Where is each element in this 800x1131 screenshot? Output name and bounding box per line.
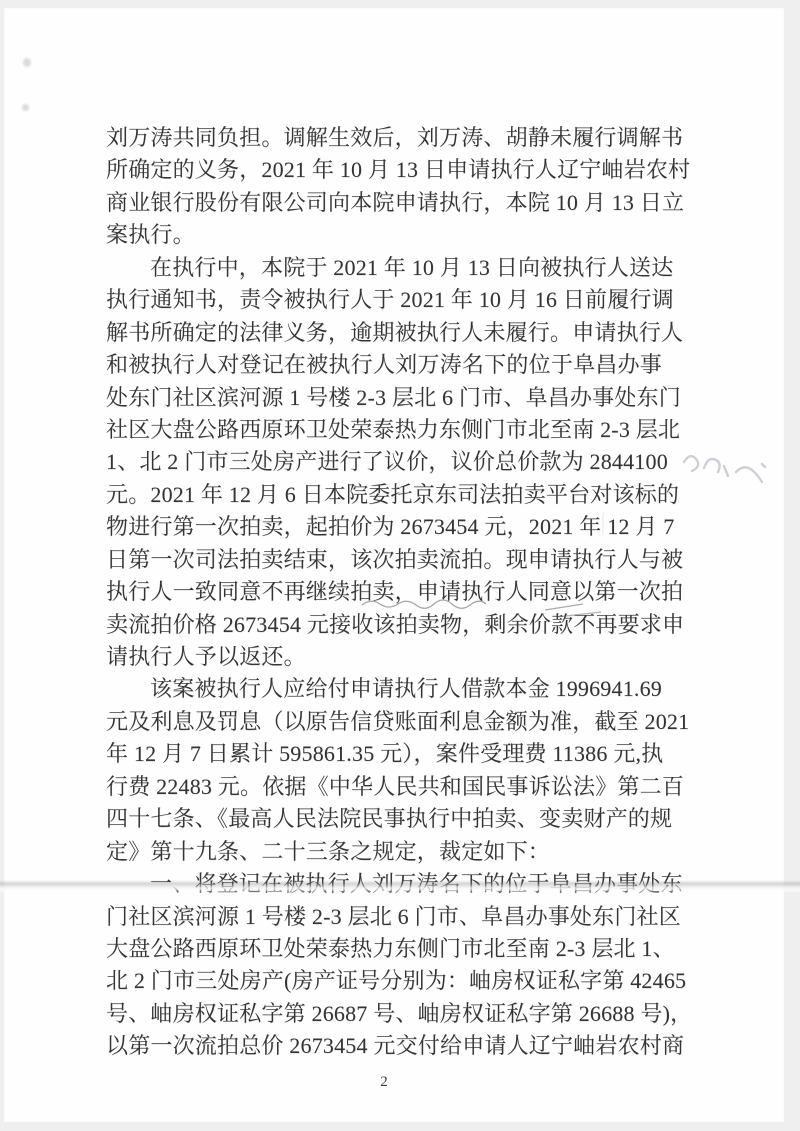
- text-line: 请执行人予以返还。: [106, 641, 662, 673]
- text-line: 日第一次司法拍卖结束，该次拍卖流拍。现申请执行人与被: [106, 544, 662, 576]
- ruling-body-text: 刘万涛共同负担。调解生效后，刘万涛、胡静未履行调解书 所确定的义务，2021 年…: [106, 122, 662, 1063]
- text-line: 年 12 月 7 日累计 595861.35 元），案件受理费 11386 元,…: [106, 738, 662, 770]
- text-line: 1、北 2 门市三处房产进行了议价，议价总价款为 2844100: [106, 446, 662, 478]
- text-line: 执行人一致同意不再继续拍卖，申请执行人同意以第一次拍: [106, 576, 662, 608]
- text-line: 解书所确定的法律义务，逾期被执行人未履行。申请执行人: [106, 317, 662, 349]
- text-line: 处东门社区滨河源 1 号楼 2-3 层北 6 门市、阜昌办事处东门: [106, 382, 662, 414]
- text-line: 物进行第一次拍卖，起拍价为 2673454 元，2021 年 12 月 7: [106, 511, 662, 543]
- text-line: 元。2021 年 12 月 6 日本院委托京东司法拍卖平台对该标的: [106, 479, 662, 511]
- text-line: 卖流拍价格 2673454 元接收该拍卖物，剩余价款不再要求申: [106, 609, 662, 641]
- text-line: 和被执行人对登记在被执行人刘万涛名下的位于阜昌办事: [106, 349, 662, 381]
- crease-mark: [602, 492, 604, 554]
- text-line: 四十七条、《最高人民法院民事执行中拍卖、变卖财产的规: [106, 803, 662, 835]
- text-line: 执行通知书，责令被执行人于 2021 年 10 月 16 日前履行调: [106, 284, 662, 316]
- page-number: 2: [106, 1074, 662, 1091]
- text-line: 大盘公路西原环卫处荣泰热力东侧门市北至南 2-3 层北 1、: [106, 933, 662, 965]
- text-line: 刘万涛共同负担。调解生效后，刘万涛、胡静未履行调解书: [106, 122, 662, 154]
- text-line: 以第一次流拍总价 2673454 元交付给申请人辽宁岫岩农村商: [106, 1030, 662, 1062]
- text-line: 门社区滨河源 1 号楼 2-3 层北 6 门市、阜昌办事处东门社区: [106, 901, 662, 933]
- text-line: 在执行中，本院于 2021 年 10 月 13 日向被执行人送达: [106, 252, 662, 284]
- scanner-streak-artifact: [0, 880, 800, 893]
- text-line: 元及利息及罚息（以原告信贷账面利息金额为准，截至 2021: [106, 706, 662, 738]
- text-line: 号、岫房权证私字第 26687 号、岫房权证私字第 26688 号)，: [106, 998, 662, 1030]
- text-line: 案执行。: [106, 219, 662, 251]
- text-line: 商业银行股份有限公司向本院申请执行，本院 10 月 13 日立: [106, 187, 662, 219]
- text-line: 定》第十九条、二十三条之规定，裁定如下：: [106, 836, 662, 868]
- text-line: 行费 22483 元。依据《中华人民共和国民事诉讼法》第二百: [106, 771, 662, 803]
- scan-speck: [22, 104, 29, 111]
- text-line: 所确定的义务，2021 年 10 月 13 日申请执行人辽宁岫岩农村: [106, 154, 662, 186]
- text-line: 该案被执行人应给付申请执行人借款本金 1996941.69: [106, 673, 662, 705]
- text-line: 社区大盘公路西原环卫处荣泰热力东侧门市北至南 2-3 层北: [106, 414, 662, 446]
- scan-speck: [23, 58, 31, 67]
- text-line: 北 2 门市三处房产(房产证号分别为：岫房权证私字第 42465: [106, 965, 662, 997]
